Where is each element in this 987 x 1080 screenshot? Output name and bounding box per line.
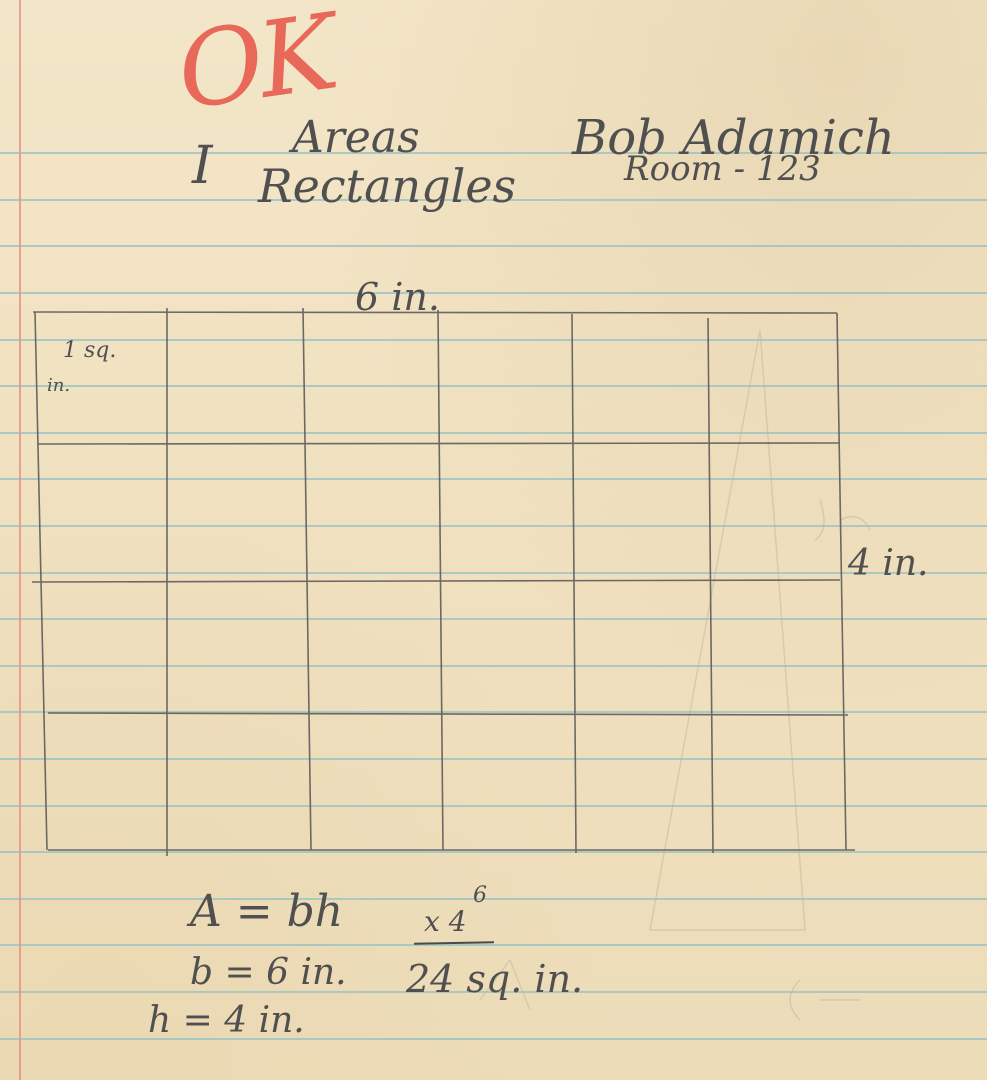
height-label: 4 in. [848,546,929,582]
area-result: 24 sq. in. [406,960,583,998]
unit-cell-label: 1 sq. [63,340,116,362]
grid-line [32,580,840,582]
notebook-page: OK I Areas Rectangles Bob Adamich Room -… [0,0,987,1080]
area-formula: A = bh [190,890,343,934]
height-value: h = 4 in. [148,1003,305,1039]
grid-line [708,318,713,853]
base-value: b = 6 in. [190,955,347,991]
grid-line [35,312,47,850]
unit-cell-label-unit: in. [47,377,70,395]
rectangle-grid [0,0,987,1080]
grid-line [48,713,848,715]
grid-line [572,314,576,853]
multiplier: x 4 [424,908,467,936]
width-label: 6 in. [355,278,440,316]
grid-line [438,310,443,850]
multiplicand: 6 [473,885,487,907]
grid-line [303,308,311,850]
grid-line [837,313,846,850]
